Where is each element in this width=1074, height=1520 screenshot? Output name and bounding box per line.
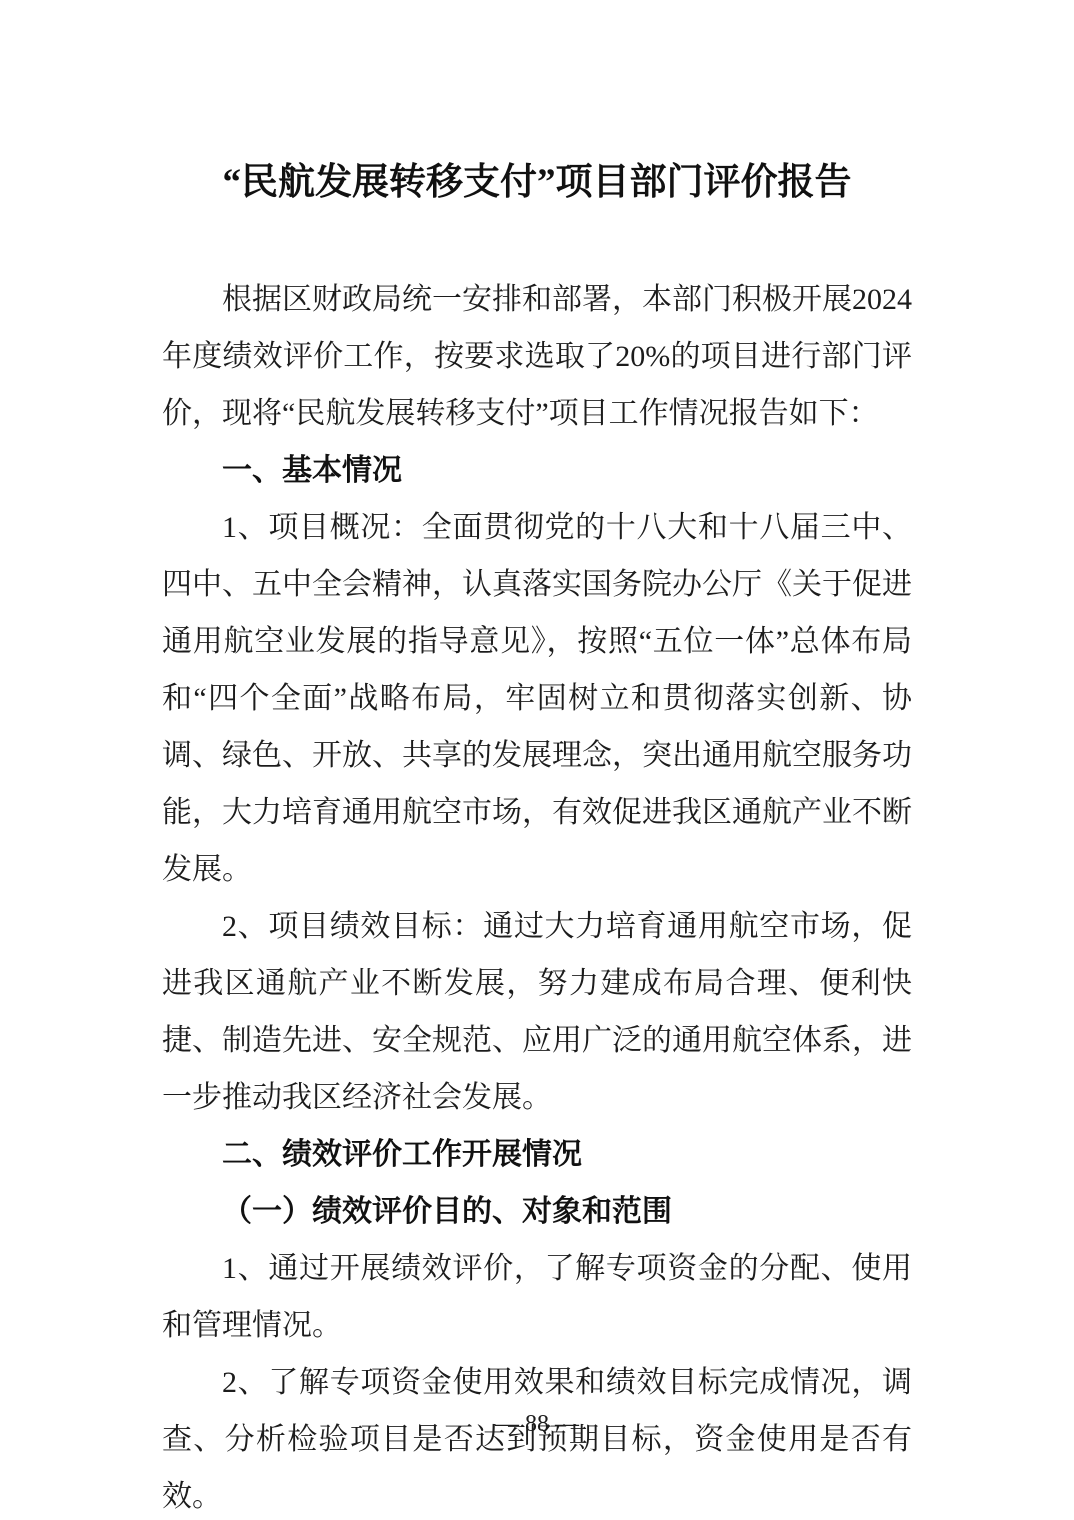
page-number: — 88 — — [0, 1409, 1074, 1439]
paragraph-intro: 根据区财政局统一安排和部署，本部门积极开展2024年度绩效评价工作，按要求选取了… — [162, 271, 912, 442]
heading-purpose-object-scope: （一）绩效评价目的、对象和范围 — [162, 1183, 912, 1240]
paragraph-project-overview: 1、项目概况：全面贯彻党的十八大和十八届三中、四中、五中全会精神，认真落实国务院… — [162, 499, 912, 898]
document-body: 根据区财政局统一安排和部署，本部门积极开展2024年度绩效评价工作，按要求选取了… — [162, 271, 912, 1520]
paragraph-purpose-1: 1、通过开展绩效评价，了解专项资金的分配、使用和管理情况。 — [162, 1240, 912, 1354]
heading-evaluation-work: 二、绩效评价工作开展情况 — [162, 1126, 912, 1183]
heading-basic-info: 一、基本情况 — [162, 442, 912, 499]
document-page: “民航发展转移支付”项目部门评价报告 根据区财政局统一安排和部署，本部门积极开展… — [0, 0, 1074, 1520]
document-title: “民航发展转移支付”项目部门评价报告 — [0, 160, 1074, 206]
paragraph-performance-goal: 2、项目绩效目标：通过大力培育通用航空市场，促进我区通航产业不断发展，努力建成布… — [162, 898, 912, 1126]
